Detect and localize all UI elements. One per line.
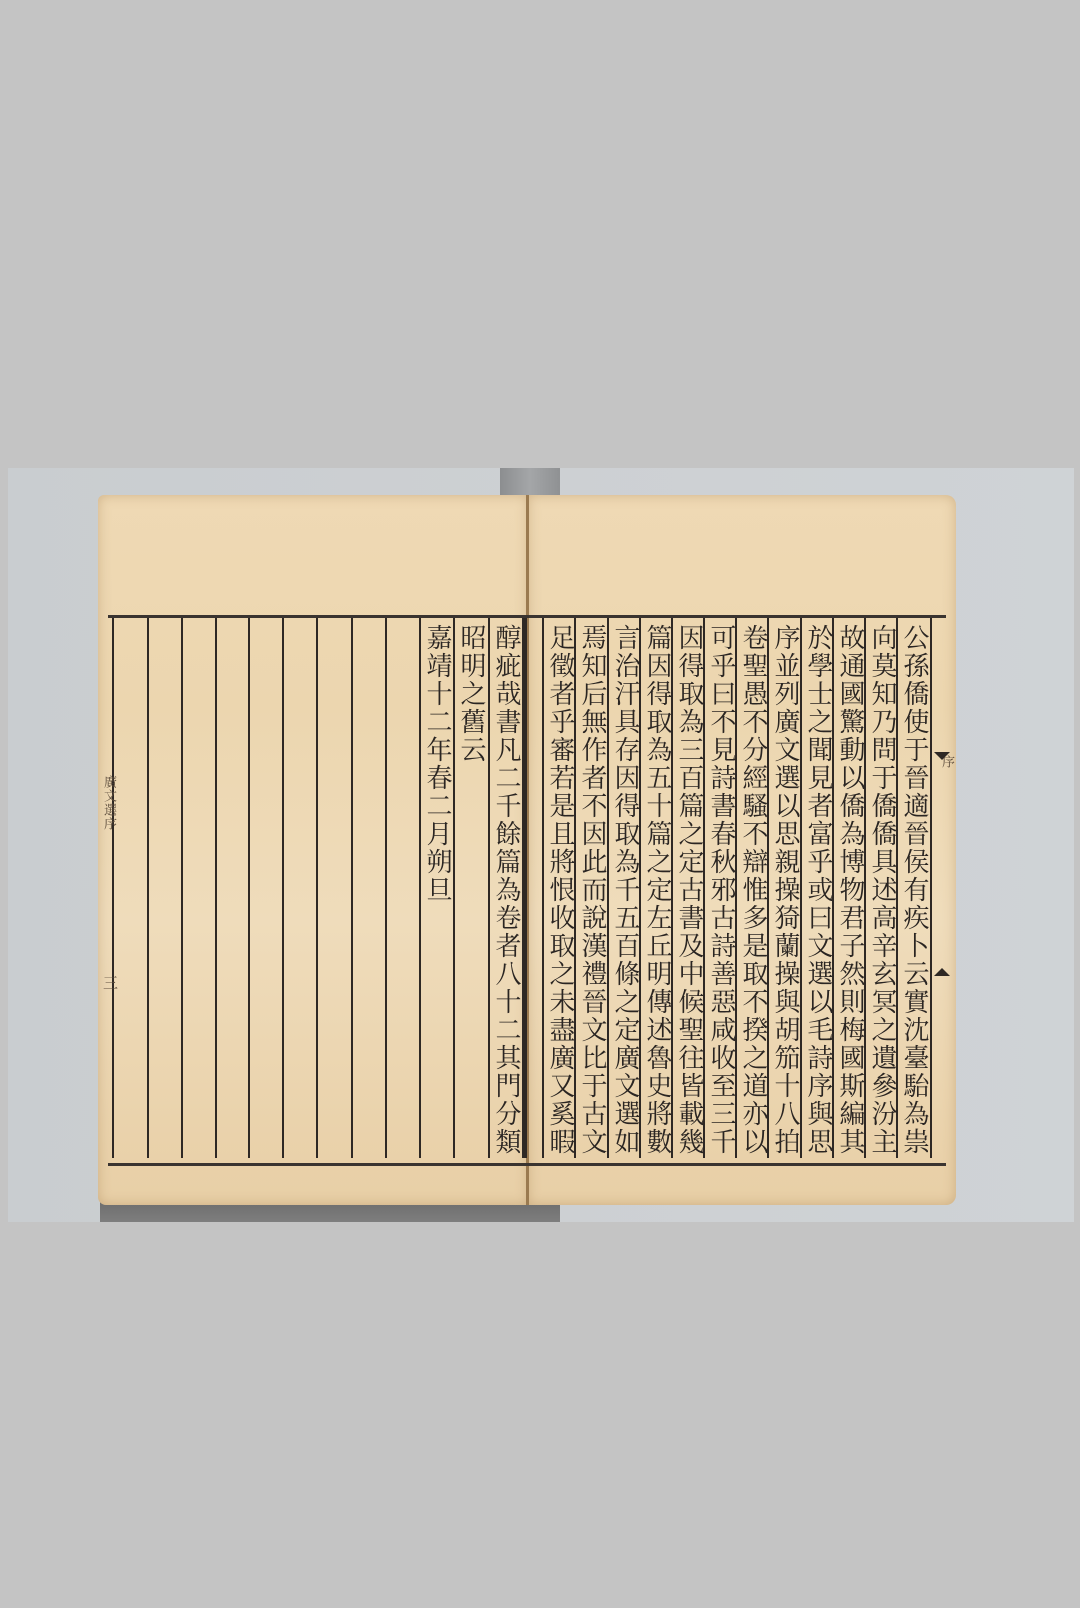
text-column: 向莫知乃問于僑僑具述高辛玄冥之遺參汾主封之 [867, 624, 897, 1154]
text-column: 足徵者乎審若是且將恨收取之未盡廣又奚暇議其 [545, 624, 575, 1154]
left-margin-title: 廣文選序 [99, 775, 118, 831]
text-column: 卷聖愚不分經騷不辯惟多是取不揆之道亦以為富 [738, 624, 768, 1154]
text-column: 故通國驚動以僑為博物君子然則梅國斯編其有滋 [835, 624, 865, 1154]
column-rule [181, 618, 183, 1158]
column-rule [800, 618, 802, 1158]
fishtail-mark [934, 968, 950, 976]
column-rule [282, 618, 284, 1158]
column-rule [488, 618, 490, 1158]
column-rule [607, 618, 609, 1158]
text-column: 公孫僑使于晉適晉侯有疾卜云實沈臺駘為祟雖叔 [899, 624, 929, 1154]
column-rule [112, 618, 114, 1158]
column-rule [385, 618, 387, 1158]
fishtail-mark [934, 752, 950, 760]
text-column: 嘉靖十二年春二月朔旦 [422, 624, 452, 904]
column-rule [522, 618, 527, 1158]
column-rule [316, 618, 318, 1158]
text-column: 可乎曰不見詩書春秋邪古詩善惡咸收至三千餘篇 [706, 624, 736, 1154]
column-rule [542, 618, 544, 1158]
text-column: 於學士之聞見者富乎或曰文選以毛詩序與思歸引 [803, 624, 833, 1154]
column-rule [215, 618, 217, 1158]
column-rule [453, 618, 455, 1158]
column-rule [930, 618, 932, 1158]
text-column: 焉知后無作者不因此而說漢禮晉文比于古文獻之 [577, 624, 607, 1154]
text-column: 因得取為三百篇之定古書及中候聖往皆載幾千餘 [674, 624, 704, 1154]
column-rule [351, 618, 353, 1158]
text-column: 醇疵哉書凡二千餘篇為卷者八十二其門分類析皆准 [491, 624, 521, 1154]
text-column: 序並列廣文選以思親操猗蘭操與胡笳十八拍操同 [770, 624, 800, 1154]
text-column: 言治汗具存因得取為千五百條之定廣文選如行也 [610, 624, 640, 1154]
column-rule [419, 618, 421, 1158]
column-rule [147, 618, 149, 1158]
text-column: 篇因得取為五十篇之定左丘明傳述魯史將數十萬 [642, 624, 672, 1154]
page-number: 三 [100, 975, 121, 991]
column-rule [248, 618, 250, 1158]
text-column: 昭明之舊云 [456, 624, 486, 854]
